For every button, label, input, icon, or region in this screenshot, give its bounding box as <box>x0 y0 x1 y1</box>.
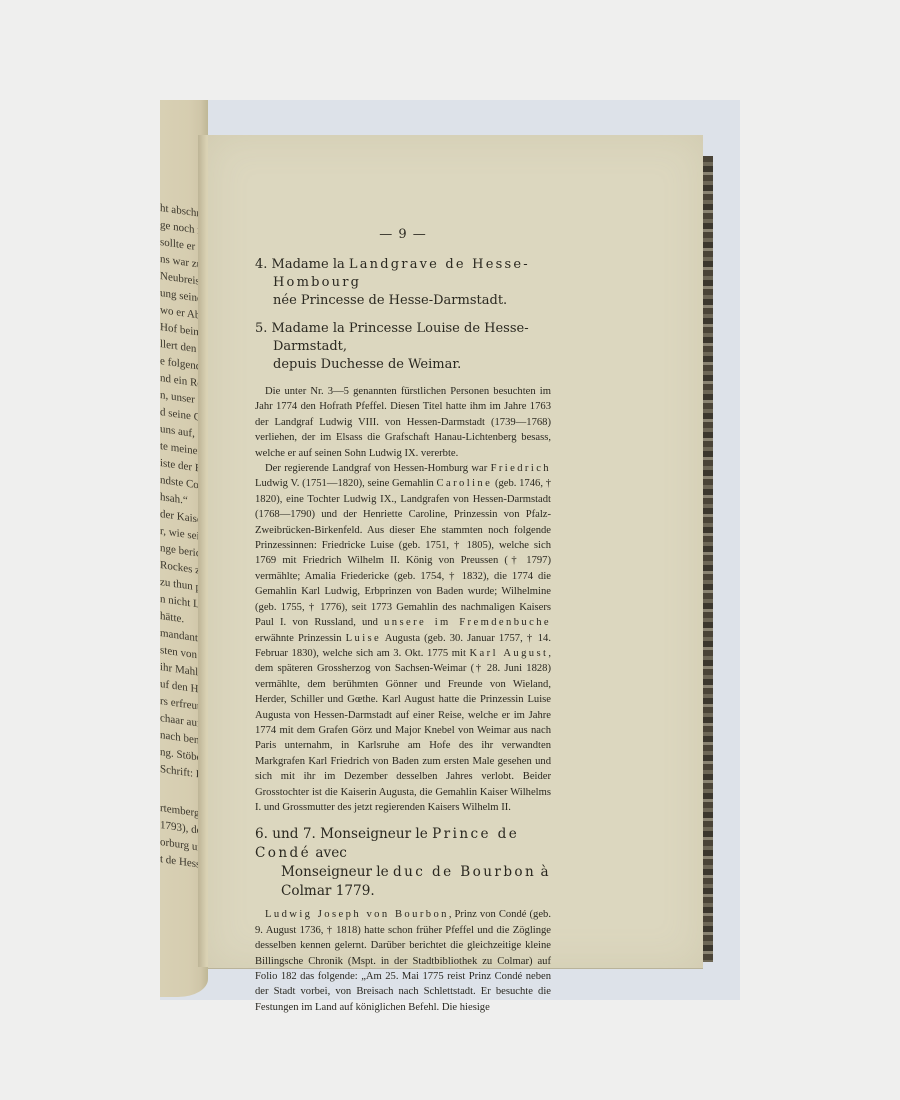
paragraph-2: Der regierende Landgraf von Hessen-Hombu… <box>255 461 551 815</box>
heading-6-7: 6. und 7. Monseigneur le Prince de Condé… <box>255 825 551 901</box>
page-number: — 9 — <box>255 227 551 242</box>
heading-4: 4. Madame la Landgrave de Hesse-Hombourg… <box>255 256 551 310</box>
heading-5: 5. Madame la Princesse Louise de Hesse-D… <box>255 320 551 374</box>
right-page: — 9 — 4. Madame la Landgrave de Hesse-Ho… <box>208 135 703 969</box>
book-cover-edge <box>702 156 713 962</box>
page-content: — 9 — 4. Madame la Landgrave de Hesse-Ho… <box>255 227 551 1015</box>
paragraph-3: Ludwig Joseph von Bourbon, Prinz von Con… <box>255 907 551 1015</box>
paragraph-1: Die unter Nr. 3—5 genannten fürstlichen … <box>255 384 551 461</box>
